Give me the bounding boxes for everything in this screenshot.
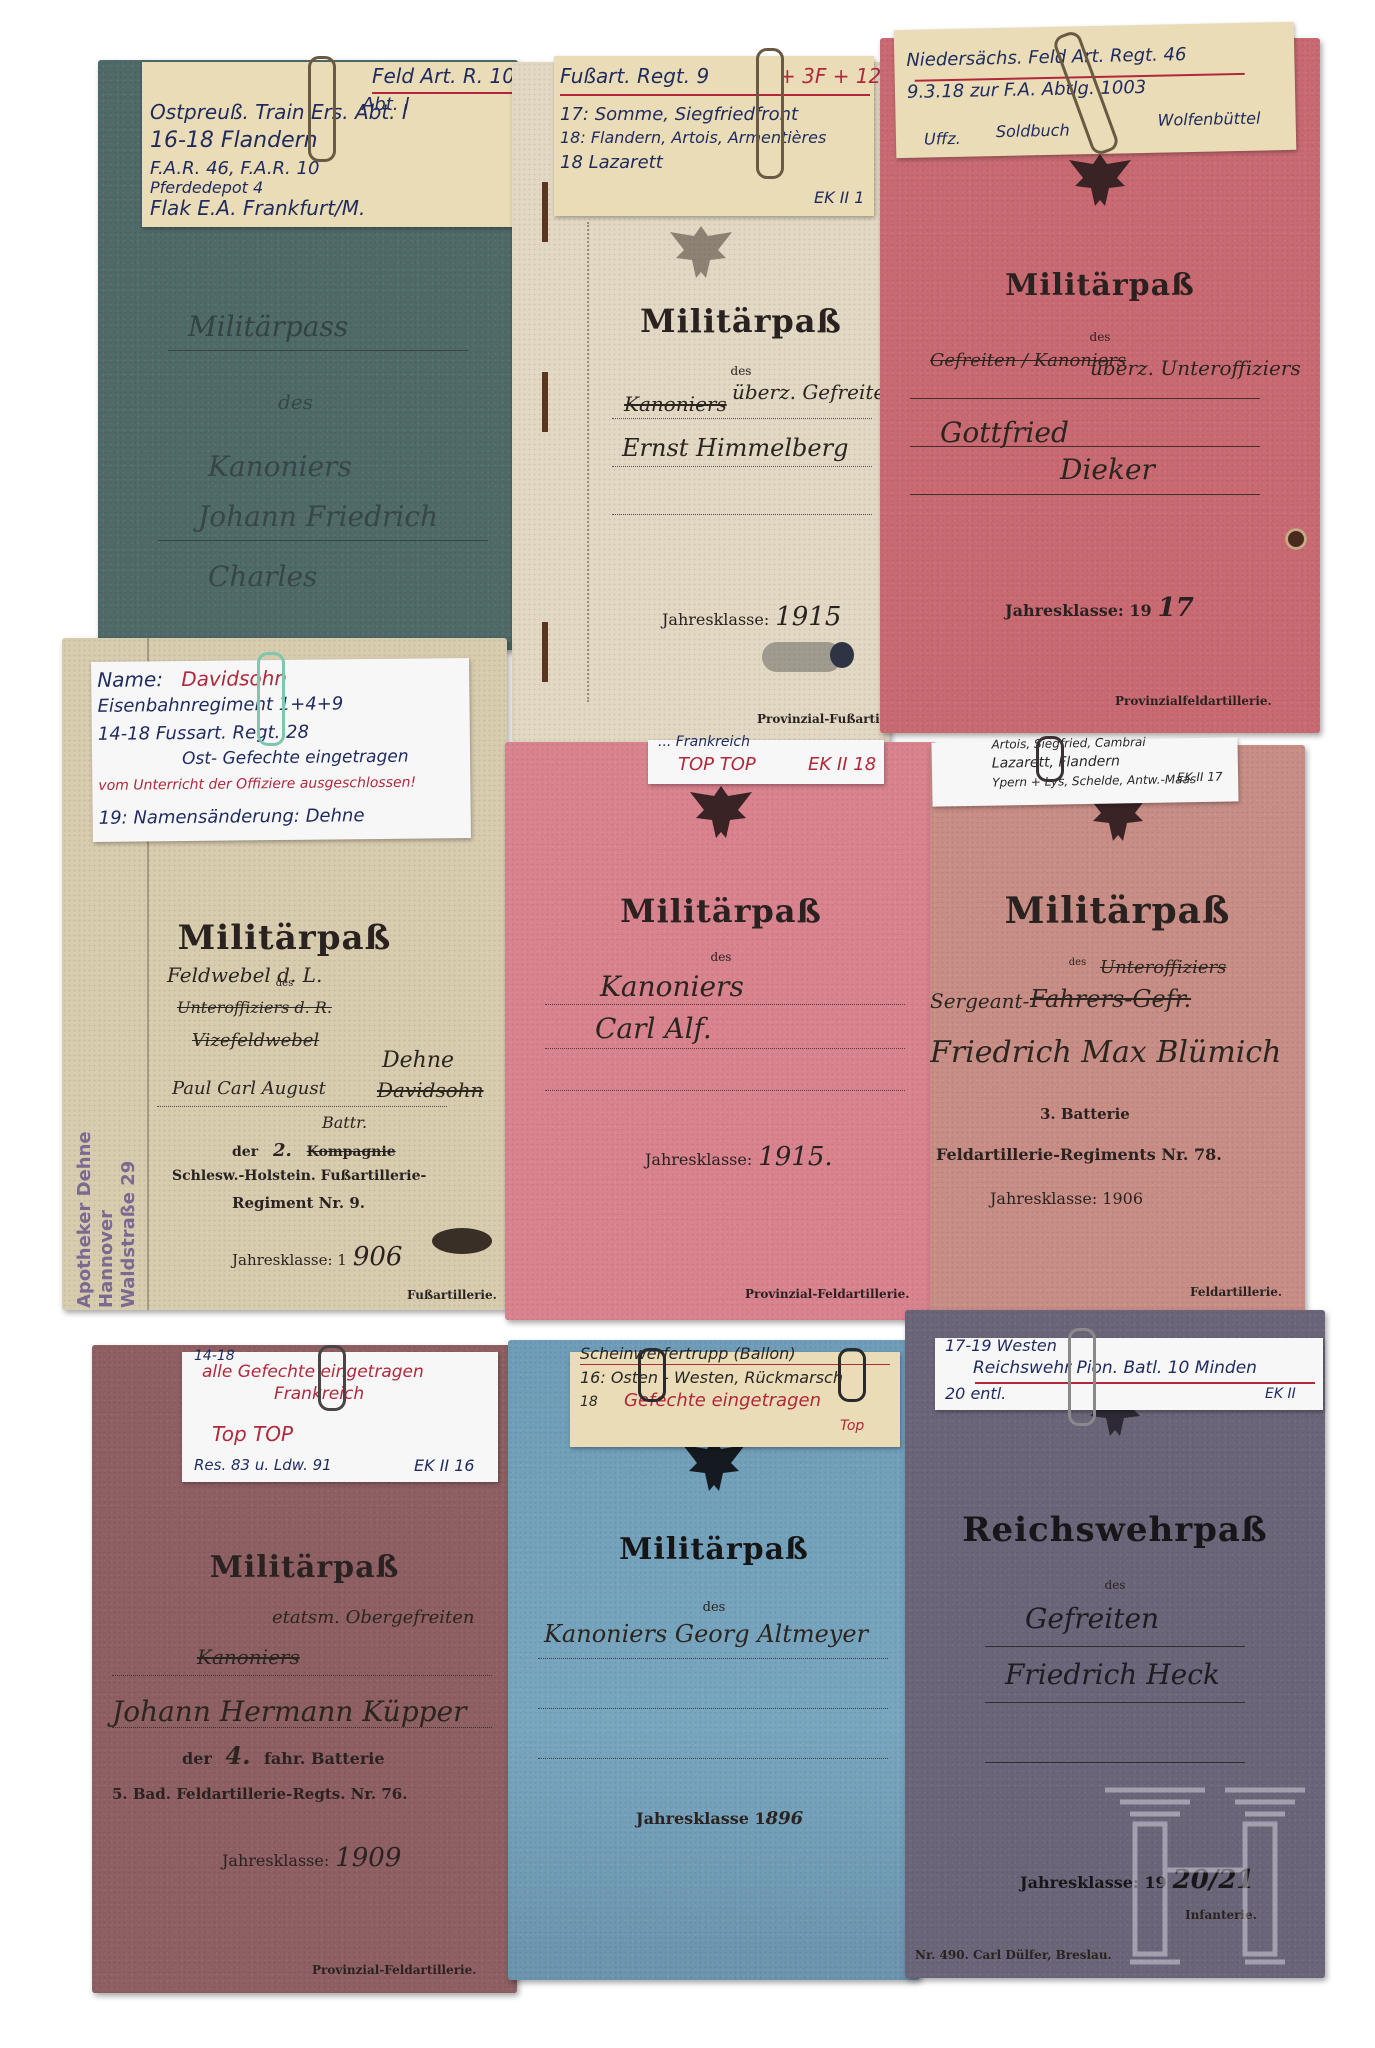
tag-line: TOP TOP [678,754,756,775]
regiment-line-1: Schlesw.-Holstein. Fußartillerie- [172,1168,426,1184]
tag-line: EK II 1 [814,188,864,207]
jahresklasse-label: Jahresklasse: [222,1851,329,1870]
jahresklasse-label: Jahresklasse: 1 [232,1251,347,1269]
imperial-eagle-icon [1065,150,1135,210]
imperial-eagle-icon [686,782,756,842]
dotted-line [612,418,872,419]
ink-dot [830,642,854,668]
tag-line: 16: Osten - Westen, Rückmarsch [580,1368,843,1387]
footer-branch: Provinzial-Feldartillerie. [745,1287,909,1301]
jahresklasse-year: 1915 [775,602,841,632]
dotted-line [112,1675,492,1676]
tag-line: Soldbuch [996,121,1070,142]
dotted-line [157,1106,447,1107]
tag-line: 18: Flandern, Artois, Armentières [560,128,826,147]
tag-line: Fußart. Regt. 9 [560,64,709,88]
collector-tag-middle-center: ... Frankreich TOP TOP EK II 18 [648,740,884,784]
rule-line [985,1702,1245,1703]
tag-line: EK II [1265,1386,1296,1402]
jahresklasse-year: 17 [1158,593,1194,623]
jahresklasse-year: 906 [353,1242,403,1272]
tag-line: Res. 83 u. Ldw. 91 [194,1456,332,1474]
struck-rank-2: Fahrers-Gefr. [1030,985,1191,1013]
footer-branch: Provinzial-Feldartillerie. [312,1963,476,1977]
passbook-title: Militärpaß [880,268,1320,303]
tag-line: EK II 16 [414,1456,475,1475]
unit-number: 2. [273,1140,292,1161]
inner-page-fold [587,222,591,702]
tag-line: 20 entl. [945,1384,1006,1403]
dotted-line [112,1727,492,1728]
collector-tag-top-middle: Fußart. Regt. 9 + 3F + 12 17: Somme, Sie… [554,56,874,216]
des-label: des [162,978,407,989]
rule-line [158,540,488,541]
tag-line: Ostpreuß. Train Ers. Abt. I [150,100,408,124]
struck-rank: Unteroffiziers d. R. [177,998,332,1017]
tag-line: Top TOP [212,1422,293,1446]
holder-name: Friedrich Heck [1005,1658,1220,1691]
unit-line: der 4. fahr. Batterie [182,1741,385,1770]
tag-line: Top [840,1418,864,1434]
jahresklasse-year: 1915. [758,1142,832,1172]
struck-unit: Kompagnie [307,1144,396,1160]
tag-line: EK II 18 [808,754,876,775]
dotted-line [545,1090,905,1091]
owner-stamp: Apotheker Dehne Hannover Waldstraße 29 [74,1131,140,1308]
passbook-title: Militärpaß [92,1550,517,1585]
hermann-historica-logo-icon [1095,1760,1315,1980]
first-name: Gottfried [940,416,1069,449]
unit-correction: Battr. [322,1113,367,1132]
dotted-line [545,1048,905,1049]
collector-tag-bottom-right: 17-19 Westen Reichswehr Pion. Batl. 10 M… [935,1338,1323,1410]
rank-prefix: Sergeant- [930,989,1029,1013]
footer-branch: Feldartillerie. [1190,1285,1282,1299]
tag-line: Reichswehr Pion. Batl. 10 Minden [973,1358,1257,1378]
dotted-line [538,1708,888,1709]
regiment-line-2: Regiment Nr. 9. [232,1194,365,1212]
jahresklasse: Jahresklasse: 1906 [232,1242,402,1272]
holder-name: Ernst Himmelberg [622,434,848,462]
tag-line: 17-19 Westen [945,1336,1057,1355]
first-names: Paul Carl August [172,1078,326,1099]
struck-rank: Unteroffiziers [1100,957,1226,978]
tag-line: Eisenbahnregiment 1+4+9 [97,693,343,717]
unit: fahr. Batterie [264,1749,385,1768]
dotted-line [538,1658,888,1659]
unit-number: 4. [225,1741,250,1770]
passbook-title: Militärpaß [122,918,447,958]
holder-name: Kanoniers Georg Altmeyer [544,1620,868,1648]
tag-line: 9.3.18 zur F.A. Abtlg. 1003 [907,77,1147,103]
paper-clip [756,48,784,179]
jahresklasse-label: Jahresklasse: 19 [990,1189,1123,1208]
paper-clip [308,56,336,162]
dotted-line [538,1758,888,1759]
tag-line: Uffz. [924,129,961,149]
tag-line: Ypern + Lys, Schelde, Antw.-Maas [992,772,1196,790]
faded-title: Militärpass [188,310,348,343]
rust-staple [542,622,548,682]
rule-line [910,494,1260,495]
torn-hole [432,1228,492,1254]
des-label: des [905,1578,1325,1592]
tag-line: + 3F + 12 [779,64,881,88]
jahresklasse: Jahresklasse: 1906 [990,1189,1143,1208]
rule-line [985,1646,1245,1647]
jahresklasse: Jahresklasse:1909 [222,1843,401,1873]
stamp-line: Hannover [96,1131,118,1308]
jahresklasse-year: 896 [766,1808,804,1829]
tag-line: Artois, Siegfried, Cambrai [991,735,1145,752]
passbook-title: Militärpaß [930,890,1305,932]
jahresklasse: Jahresklasse: 1917 [1005,593,1194,623]
dotted-line [545,1004,905,1005]
passbook-title: Militärpaß [508,1532,920,1567]
paper-clip [318,1345,346,1411]
tag-line: 19: Namensänderung: Dehne [99,805,365,829]
jahresklasse-label: Jahresklasse: [662,610,769,629]
rust-staple [542,372,548,432]
rank: Kanoniers [600,970,744,1003]
passbook-title: Militärpaß [505,892,937,930]
passbook-middle-right: Militärpaß des Unteroffiziers Sergeant- … [930,745,1305,1325]
tag-line: F.A.R. 46, F.A.R. 10 [150,158,319,179]
des-label: des [505,950,937,964]
jahresklasse: Jahresklasse:1915 [662,602,841,632]
des-label: des [880,330,1320,344]
rank: etatsm. Obergefreiten [272,1607,474,1628]
faded-des: des [278,390,313,414]
jahresklasse-label: Jahresklasse: 19 [1005,601,1152,620]
tag-line: Niedersächs. Feld Art. Regt. 46 [906,44,1187,71]
tag-line: 18 Lazarett [560,152,663,173]
jahresklasse-year: 06 [1123,1189,1143,1208]
faded-name: Johann Friedrich [198,500,438,533]
regiment: Feldartillerie-Regiments Nr. 78. [936,1145,1222,1164]
imperial-eagle-icon [666,222,736,282]
rust-staple [542,182,548,242]
faded-rank: Kanoniers [208,450,352,483]
unit-prefix: der [232,1144,258,1160]
holder-name: Johann Hermann Küpper [112,1695,467,1728]
holder-name: Carl Alf. [595,1012,712,1045]
paper-clip [257,652,285,746]
tag-label-name: Name: [97,667,163,692]
passbook-middle-center: Militärpaß des Kanoniers Carl Alf. Jahre… [505,742,937,1320]
rule-line [168,350,468,351]
stamp-line: Waldstraße 29 [118,1131,140,1308]
tag-line: Pferdedepot 4 [150,178,263,197]
struck-rank: Kanoniers [624,392,727,416]
jahresklasse-label: Jahresklasse 1 [636,1809,766,1828]
jahresklasse: Jahresklasse:1915. [645,1142,833,1172]
tag-line: Wolfenbüttel [1157,109,1260,130]
battery: 3. Batterie [1040,1105,1130,1123]
rank: Gefreiten [1025,1602,1159,1635]
rule-line [910,446,1260,447]
regiment: 5. Bad. Feldartillerie-Regts. Nr. 76. [112,1785,407,1803]
rule-line [910,398,1260,399]
collector-tag-middle-right: Artois, Siegfried, Cambrai Lazarett, Fla… [931,737,1238,806]
stamp-line: Apotheker Dehne [74,1131,96,1308]
last-name: Dieker [1060,453,1155,486]
passbook-title: Reichswehrpaß [905,1510,1325,1550]
struck-line: Vizefeldwebel [192,1030,319,1051]
tag-line: vom Unterricht der Offiziere ausgeschlos… [98,775,416,794]
unit-prefix: der [182,1749,212,1768]
tag-line: Flak E.A. Frankfurt/M. [150,196,365,220]
des-label: des [592,364,890,378]
struck-surname: Davidsohn [377,1078,484,1102]
tag-line: 18 [580,1394,598,1410]
rank: überz. Gefreiten [732,380,890,404]
holder-name: Friedrich Max Blümich [930,1035,1282,1070]
struck-rank: Kanoniers [197,1645,300,1669]
paper-clip [1036,736,1064,782]
faded-surname: Charles [208,560,317,593]
tag-line: 16-18 Flandern [150,128,318,153]
tag-line: Ost- Gefechte eingetragen [182,747,409,769]
footer-branch: Provinzialfeldartillerie. [1115,694,1272,708]
paper-clip [638,1348,666,1402]
tag-line: alle Gefechte eingetragen [202,1362,424,1382]
punch-hole [1285,528,1307,550]
red-underline [975,1382,1315,1384]
tag-line: Feld Art. R. 10 [372,64,515,88]
jahresklasse-year: 1909 [335,1843,401,1873]
footer-branch: Fußartillerie. [407,1288,497,1302]
new-surname: Dehne [382,1048,454,1073]
footer-branch: Provinzial-Fußartillerie [757,712,890,726]
dotted-line [612,514,872,515]
dotted-line [612,466,872,467]
paper-clip [838,1348,866,1402]
printer-imprint: Nr. 490. Carl Dülfer, Breslau. [915,1948,1112,1962]
unit-line: der 2. Kompagnie [232,1140,396,1161]
rank: überz. Unteroffiziers [1090,356,1301,380]
tag-line: EK II 17 [1177,770,1223,785]
jahresklasse: Jahresklasse 1896 [636,1808,803,1829]
paper-clip [1068,1328,1096,1426]
red-underline [560,94,870,96]
tag-line: ... Frankreich [658,734,750,750]
jahresklasse-label: Jahresklasse: [645,1150,752,1169]
passbook-title: Militärpaß [592,302,890,340]
des-label: des [508,1600,920,1615]
tag-line: Scheinwerfertrupp (Ballon) [580,1344,796,1363]
